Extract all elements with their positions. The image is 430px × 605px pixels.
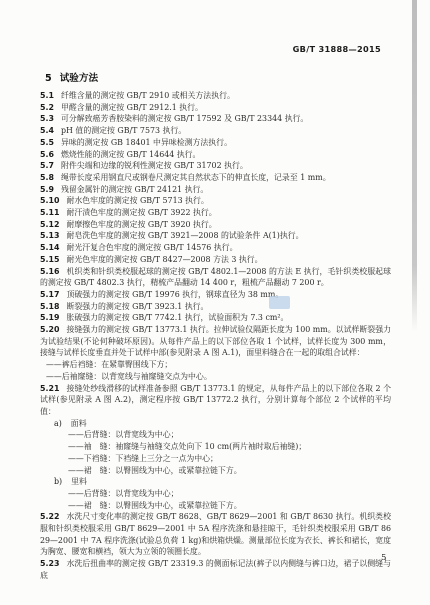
doc-line: 5.21接缝处纱线滑移的试样准备参照 GB/T 13773.1 的规定，从每件产… [40, 383, 391, 418]
doc-line: b)里料 [40, 476, 391, 488]
clause-text: 残留金属针的测定按 GB/T 24121 执行。 [61, 185, 208, 194]
clause-text: 异味的测定按 GB 18401 中异味检测方法执行。 [61, 138, 232, 147]
clause-text: ——后袖窿缝：以背宽线与袖窿缝交点为中心。 [46, 372, 212, 381]
clause-number: b) [54, 477, 62, 486]
doc-line: 5.11耐汗渍色牢度的测定按 GB/T 3922 执行。 [40, 207, 391, 219]
clause-text: 里料 [71, 477, 87, 486]
clause-text: ——裙 缝：以臀围线为中心，或紧靠拉链下方。 [68, 501, 242, 510]
clause-number: 5.18 [40, 302, 59, 311]
clause-number: 5.7 [40, 161, 54, 170]
doc-line: 5.14耐光汗复合色牢度的测定按 GB/T 14576 执行。 [40, 242, 391, 254]
clause-number: 5.16 [40, 267, 59, 276]
clause-text: 接缝强力的测定按 GB/T 13773.1 执行。拉伸试验仪隔距长度为 100 … [40, 325, 391, 357]
clause-text: ——裙 缝：以臀围线为中心，或紧靠拉链下方。 [68, 466, 242, 475]
section-heading: 5试验方法 [45, 70, 98, 84]
clause-text: 胀破强力的测定按 GB/T 7742.1 执行，试验面积为 7.3 cm²。 [66, 313, 288, 322]
doc-line: 5.4pH 值的测定按 GB/T 7573 执行。 [40, 125, 391, 137]
clause-text: 燃烧性能的测定按 GB/T 14644 执行。 [61, 150, 200, 159]
clause-text: 耐光汗复合色牢度的测定按 GB/T 14576 执行。 [66, 243, 237, 252]
section-title: 试验方法 [60, 73, 98, 84]
clause-text: ——后背缝：以背宽线为中心； [68, 489, 178, 498]
clause-number: 5.17 [40, 290, 59, 299]
document-page: GB/T 31888—2015 5试验方法 5.1纤维含量的测定按 GB/T 2… [0, 0, 430, 605]
clause-number: 5.12 [40, 220, 59, 229]
doc-line: a)面料 [40, 418, 391, 430]
doc-line: 5.9残留金属针的测定按 GB/T 24121 执行。 [40, 184, 391, 196]
scan-edge-artifact [412, 0, 417, 332]
doc-line: 5.19胀破强力的测定按 GB/T 7742.1 执行，试验面积为 7.3 cm… [40, 312, 391, 324]
doc-line: 5.17顶破强力的测定按 GB/T 19976 执行，钢球直径为 38 mm。 [40, 289, 391, 301]
clause-text: 接缝处纱线滑移的试样准备参照 GB/T 13773.1 的规定，从每件产品上的以… [40, 384, 391, 416]
clause-number: 5.10 [40, 196, 59, 205]
clause-number: 5.22 [40, 512, 59, 521]
clause-number: 5.20 [40, 325, 59, 334]
clause-number: a) [54, 419, 62, 428]
clause-text: 附件尖端和边缘的锐利性测定按 GB/T 31702 执行。 [61, 161, 248, 170]
doc-line: ——袖 缝：袖窿缝与袖缝交点处向下 10 cm(两片袖时取后袖缝)； [40, 441, 391, 453]
page-number: 5 [381, 553, 386, 563]
clause-text: 纤维含量的测定按 GB/T 2910 或相关方法执行。 [61, 91, 235, 100]
clause-text: ——裤后裆缝：在紧靠臀围线下方； [46, 360, 172, 369]
clause-text: ——袖 缝：袖窿缝与袖缝交点处向下 10 cm(两片袖时取后袖缝)； [68, 442, 306, 451]
clause-number: 5.4 [40, 126, 54, 135]
clause-text: 耐摩擦色牢度的测定按 GB/T 3920 执行。 [66, 220, 216, 229]
doc-line: 5.8绳带长度采用钢直尺或钢卷尺测定其自然状态下的伸直长度，记录至 1 mm。 [40, 172, 391, 184]
doc-line: 5.2甲醛含量的测定按 GB/T 2912.1 执行。 [40, 102, 391, 114]
doc-line: 5.3可分解致癌芳香胺染料的测定按 GB/T 17592 及 GB/T 2334… [40, 113, 391, 125]
doc-line: 5.12耐摩擦色牢度的测定按 GB/T 3920 执行。 [40, 219, 391, 231]
clause-text: 机织类和针织类校服起球的测定按 GB/T 4802.1—2008 的方法 E 执… [40, 267, 391, 288]
watermark-stamp [269, 296, 290, 309]
section-number: 5 [45, 73, 52, 84]
clause-text: 绳带长度采用钢直尺或钢卷尺测定其自然状态下的伸直长度，记录至 1 mm。 [61, 173, 331, 182]
doc-line: 5.22水洗尺寸变化率的测定按 GB/T 8628、GB/T 8629—2001… [40, 511, 391, 558]
clause-number: 5.14 [40, 243, 59, 252]
clause-number: 5.21 [40, 384, 59, 393]
doc-line: 5.16机织类和针织类校服起球的测定按 GB/T 4802.1—2008 的方法… [40, 266, 391, 289]
clause-text: ——后背缝：以背宽线为中心； [68, 430, 178, 439]
doc-line: ——裙 缝：以臀围线为中心，或紧靠拉链下方。 [40, 500, 391, 512]
clause-number: 5.15 [40, 255, 59, 264]
doc-line: 5.20接缝强力的测定按 GB/T 13773.1 执行。拉伸试验仪隔距长度为 … [40, 324, 391, 359]
doc-line: 5.6燃烧性能的测定按 GB/T 14644 执行。 [40, 149, 391, 161]
doc-line: 5.7附件尖端和边缘的锐利性测定按 GB/T 31702 执行。 [40, 160, 391, 172]
clause-text: 水洗尺寸变化率的测定按 GB/T 8628、GB/T 8629—2001 和 G… [40, 512, 391, 556]
doc-line: ——裤后裆缝：在紧靠臀围线下方； [40, 359, 391, 371]
clause-number: 5.19 [40, 313, 59, 322]
doc-line: 5.15耐光色牢度的测定按 GB/T 8427—2008 方法 3 执行。 [40, 254, 391, 266]
clause-text: 断裂强力的测定按 GB/T 3923.1 执行。 [66, 302, 208, 311]
clause-number: 5.23 [40, 559, 59, 568]
clause-number: 5.1 [40, 91, 54, 100]
clause-number: 5.6 [40, 150, 54, 159]
clause-text: 耐水色牢度的测定按 GB/T 5713 执行。 [66, 196, 208, 205]
clause-number: 5.11 [40, 208, 59, 217]
clause-number: 5.3 [40, 114, 54, 123]
clause-number: 5.2 [40, 103, 54, 112]
clause-text: 可分解致癌芳香胺染料的测定按 GB/T 17592 及 GB/T 23344 执… [61, 114, 308, 123]
clause-number: 5.9 [40, 185, 54, 194]
clause-text: 顶破强力的测定按 GB/T 19976 执行，钢球直径为 38 mm。 [66, 290, 283, 299]
doc-line: 5.13耐皂洗色牢度的测定按 GB/T 3921—2008 的试验条件 A(1)… [40, 230, 391, 242]
doc-line: ——后袖窿缝：以背宽线与袖窿缝交点为中心。 [40, 371, 391, 383]
doc-line: 5.1纤维含量的测定按 GB/T 2910 或相关方法执行。 [40, 90, 391, 102]
doc-line: ——后背缝：以背宽线为中心； [40, 429, 391, 441]
clause-text: 甲醛含量的测定按 GB/T 2912.1 执行。 [61, 103, 203, 112]
clause-number: 5.13 [40, 231, 59, 240]
clause-number: 5.5 [40, 138, 54, 147]
clause-text: ——下裆缝：下裆缝上三分之一点为中心； [68, 454, 218, 463]
doc-line: ——后背缝：以背宽线为中心； [40, 488, 391, 500]
clause-text: 耐光色牢度的测定按 GB/T 8427—2008 方法 3 执行。 [66, 255, 262, 264]
doc-line: 5.18断裂强力的测定按 GB/T 3923.1 执行。 [40, 301, 391, 313]
doc-line: ——下裆缝：下裆缝上三分之一点为中心； [40, 453, 391, 465]
clause-number: 5.8 [40, 173, 54, 182]
clause-text: pH 值的测定按 GB/T 7573 执行。 [61, 126, 186, 135]
standard-code: GB/T 31888—2015 [293, 44, 381, 54]
clause-text: 耐皂洗色牢度的测定按 GB/T 3921—2008 的试验条件 A(1)执行。 [66, 231, 303, 240]
clause-text: 面料 [71, 419, 87, 428]
doc-line: 5.5异味的测定按 GB 18401 中异味检测方法执行。 [40, 137, 391, 149]
clauses-list: 5.1纤维含量的测定按 GB/T 2910 或相关方法执行。5.2甲醛含量的测定… [40, 90, 391, 582]
doc-line: 5.10耐水色牢度的测定按 GB/T 5713 执行。 [40, 195, 391, 207]
clause-text: 水洗后扭曲率的测定按 GB/T 23319.3 的侧面标记法(裤子以内侧缝与裤口… [40, 559, 391, 580]
clause-text: 耐汗渍色牢度的测定按 GB/T 3922 执行。 [66, 208, 216, 217]
doc-line: ——裙 缝：以臀围线为中心，或紧靠拉链下方。 [40, 465, 391, 477]
doc-line: 5.23水洗后扭曲率的测定按 GB/T 23319.3 的侧面标记法(裤子以内侧… [40, 558, 391, 581]
